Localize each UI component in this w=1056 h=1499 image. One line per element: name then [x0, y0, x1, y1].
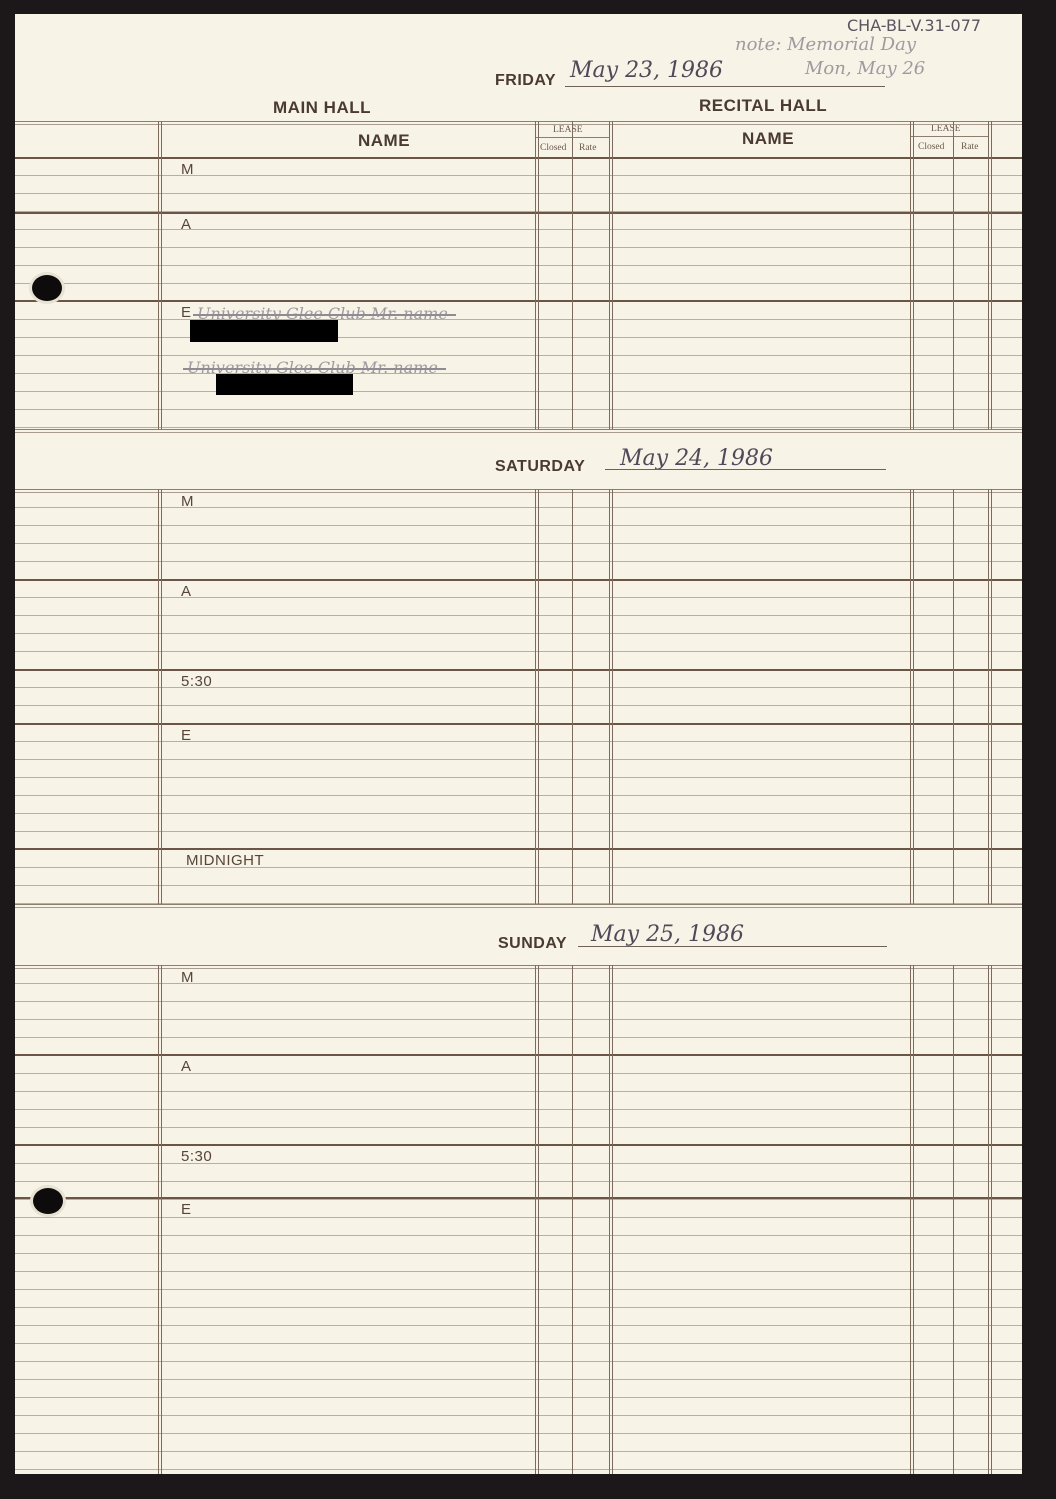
date-underline	[565, 86, 885, 87]
time-slot-e: E	[181, 1201, 192, 1218]
memorial-day-note-line1: note: Memorial Day	[735, 34, 916, 55]
ledger-page: CHA-BL-V.31-077 note: Memorial Day Mon, …	[15, 14, 1022, 1474]
main-name-header: NAME	[358, 131, 410, 151]
main-lease-header: LEASE	[553, 125, 583, 135]
day-label-saturday: SATURDAY	[495, 458, 585, 476]
binder-hole	[33, 1188, 63, 1214]
time-slot-a: A	[181, 216, 192, 233]
archive-code: CHA-BL-V.31-077	[847, 16, 981, 35]
redaction-box	[216, 374, 353, 395]
redaction-box	[190, 320, 338, 342]
time-slot-a: A	[181, 1058, 192, 1075]
time-slot-e: E	[181, 727, 192, 744]
binder-hole	[32, 275, 62, 301]
day-label-sunday: SUNDAY	[498, 935, 567, 953]
recital-name-header: NAME	[742, 129, 794, 149]
recital-lease-header: LEASE	[931, 124, 961, 134]
day-label-friday: FRIDAY	[495, 72, 556, 90]
recital-hall-title: RECITAL HALL	[699, 96, 827, 116]
time-slot-530: 5:30	[181, 673, 212, 690]
recital-closed-header: Closed	[918, 142, 944, 152]
date-underline	[578, 946, 887, 947]
time-slot-m: M	[181, 969, 194, 986]
main-closed-header: Closed	[540, 143, 566, 153]
time-slot-e: E	[181, 304, 192, 321]
day-date-saturday: May 24, 1986	[620, 446, 773, 471]
time-slot-530: 5:30	[181, 1148, 212, 1165]
memorial-day-note-line2: Mon, May 26	[805, 58, 925, 79]
time-slot-a: A	[181, 583, 192, 600]
main-rate-header: Rate	[579, 143, 596, 153]
time-slot-midnight: MIDNIGHT	[186, 852, 264, 869]
time-slot-m: M	[181, 161, 194, 178]
recital-rate-header: Rate	[961, 142, 978, 152]
day-date-sunday: May 25, 1986	[591, 922, 744, 947]
date-underline	[605, 469, 886, 470]
day-date-friday: May 23, 1986	[570, 58, 723, 83]
main-hall-title: MAIN HALL	[273, 98, 371, 118]
time-slot-m: M	[181, 493, 194, 510]
